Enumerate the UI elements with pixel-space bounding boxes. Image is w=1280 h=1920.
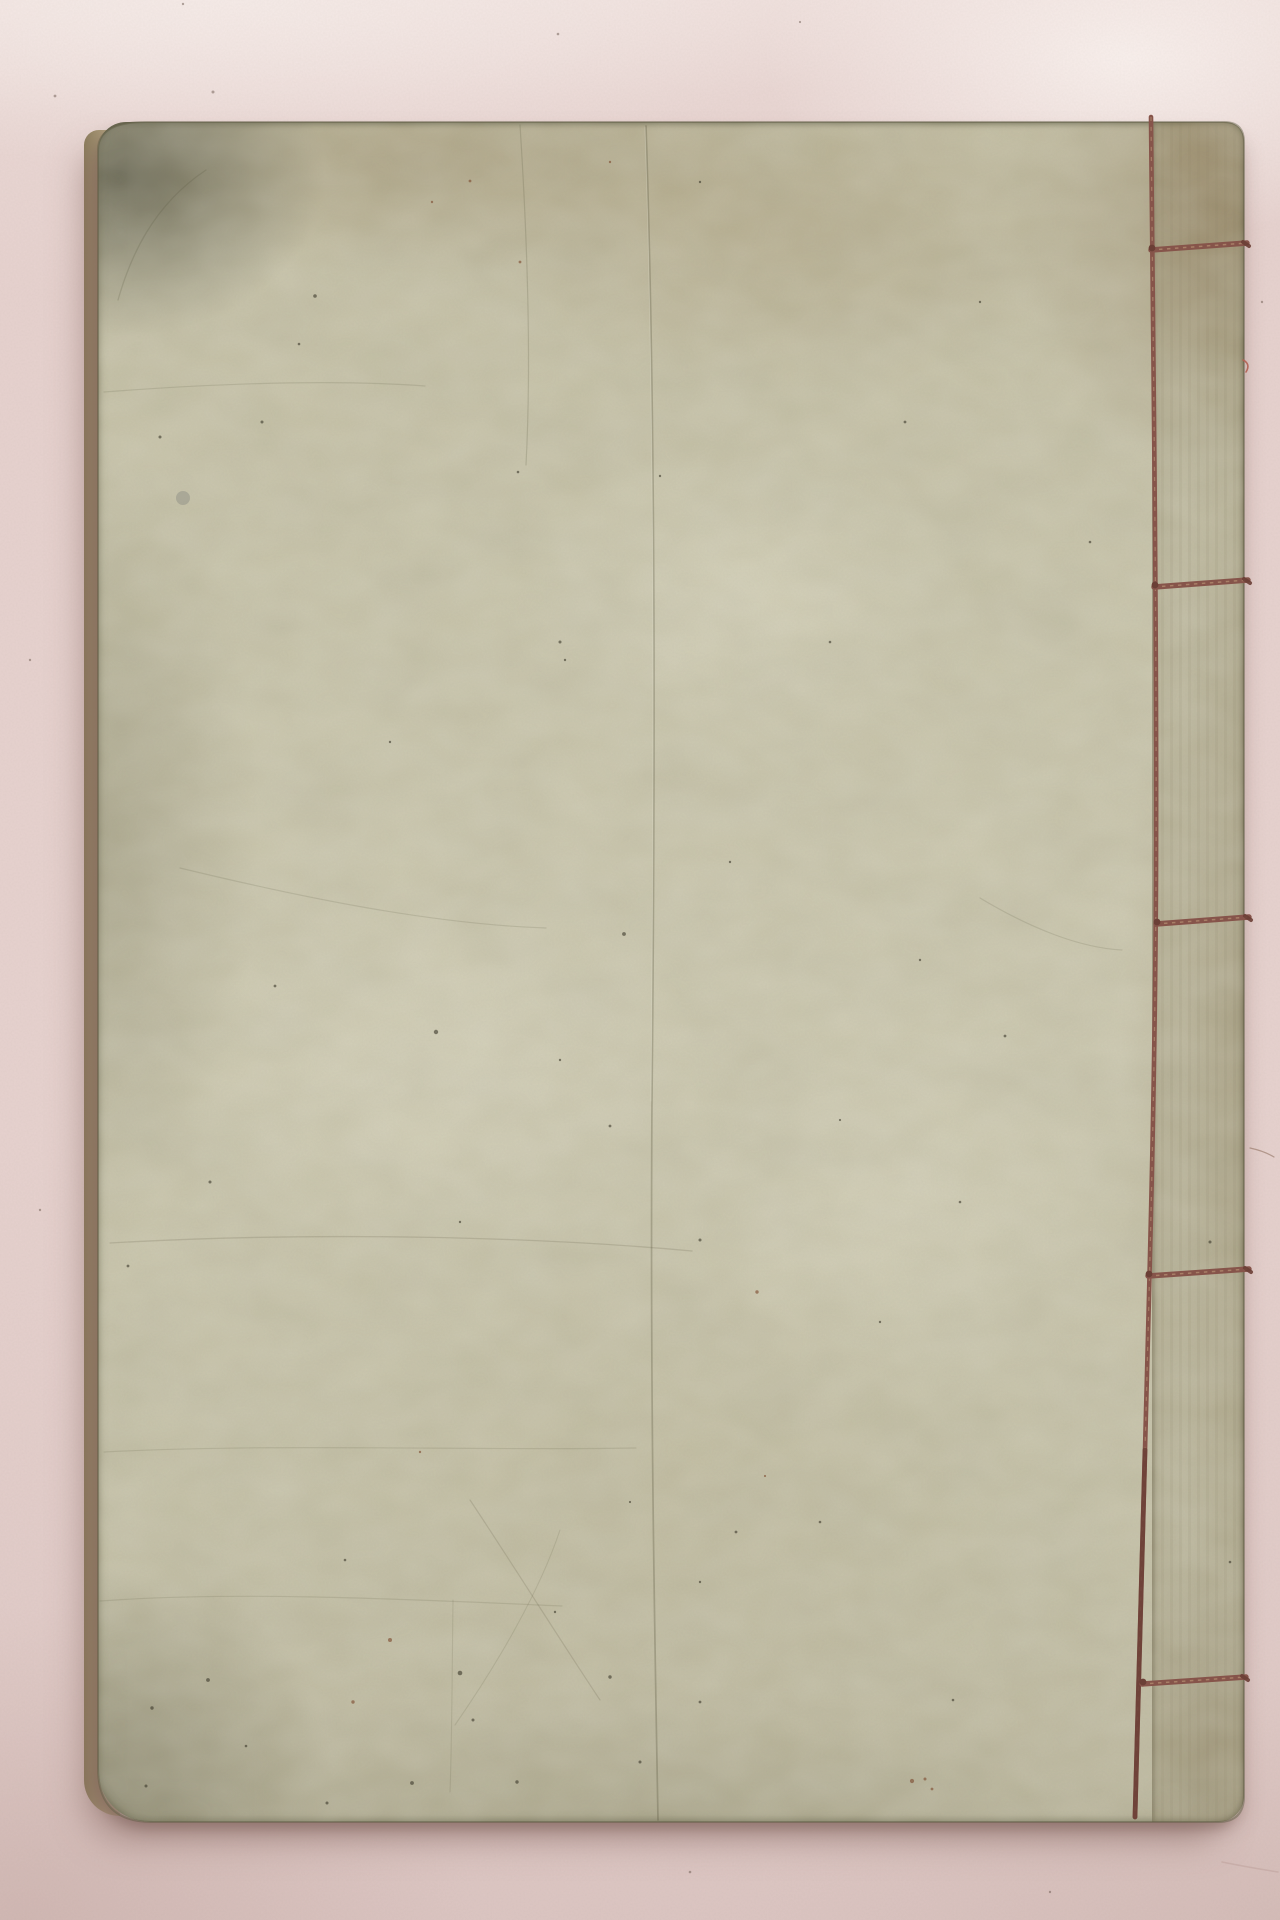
book-back-cover [98, 122, 1244, 1822]
book-spine-strip [1152, 122, 1244, 1822]
photo-of-stab-bound-book: Antique East Asian stitch-bound book, ba… [0, 0, 1280, 1920]
